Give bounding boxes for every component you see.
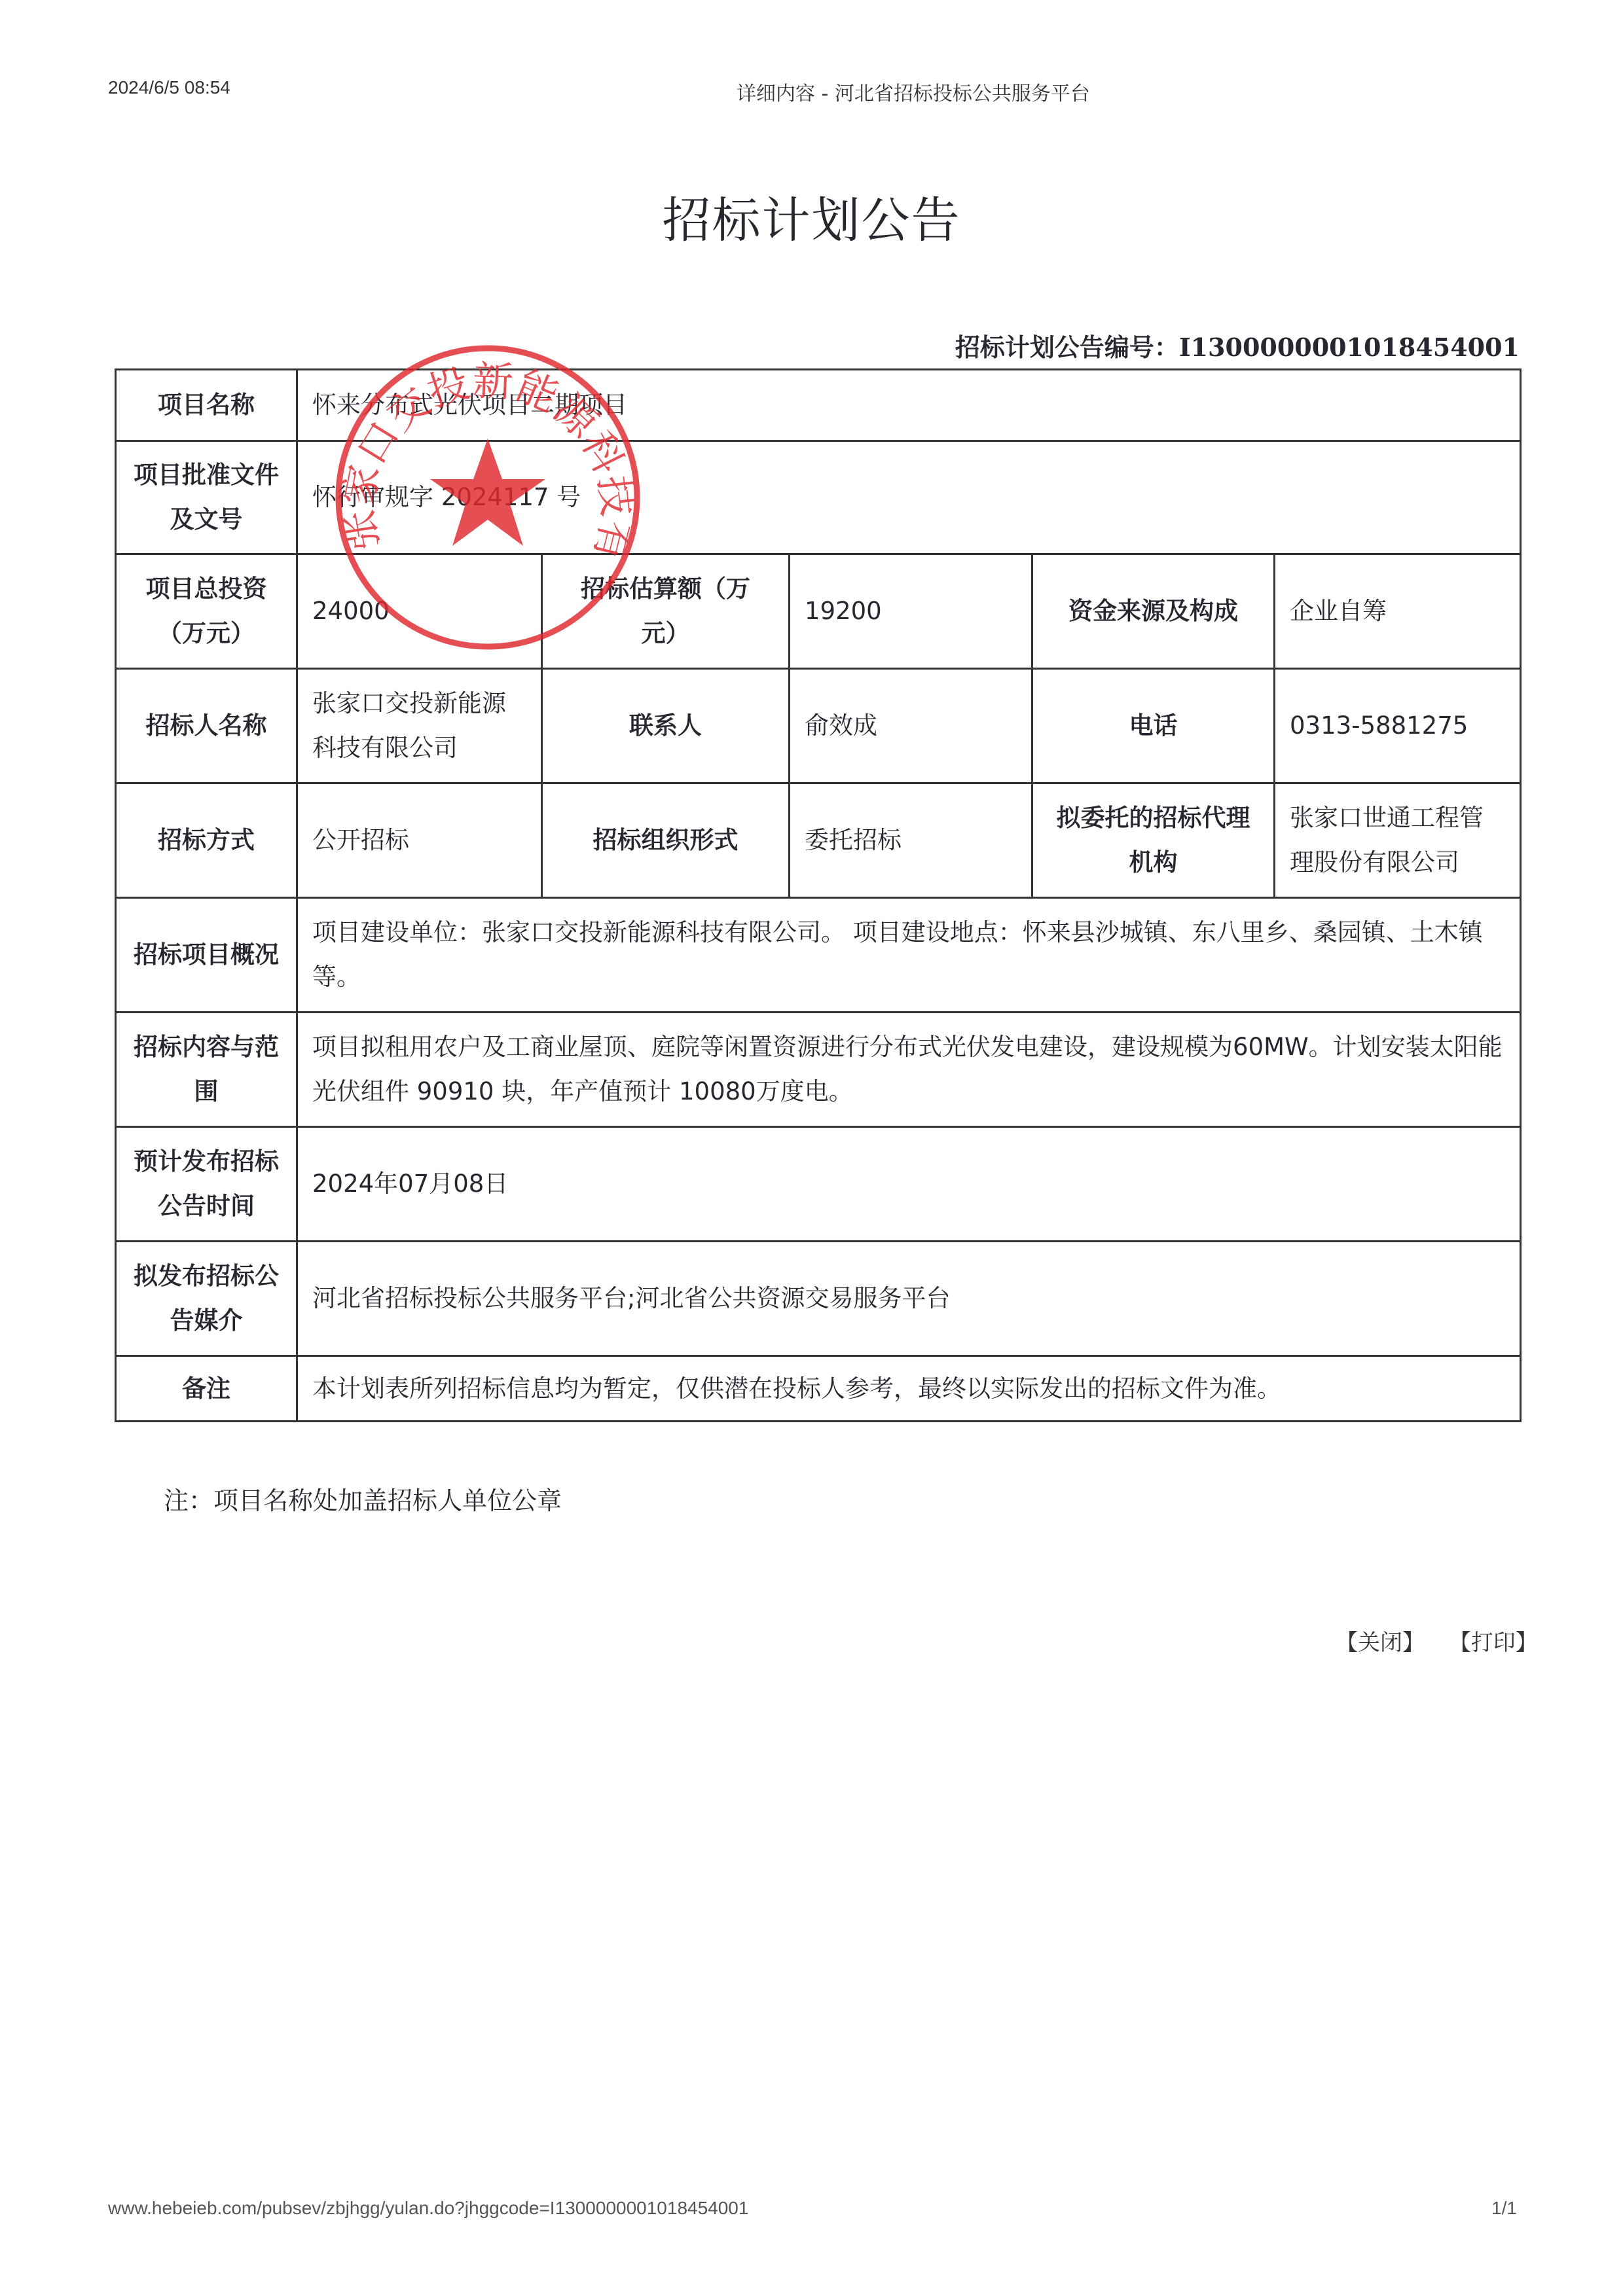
stamp-note: 注：项目名称处加盖招标人单位公章: [164, 1480, 562, 1516]
table-row: 项目总投资（万元） 24000 招标估算额（万元） 19200 资金来源及构成 …: [116, 554, 1521, 669]
phone-label: 电话: [1032, 669, 1275, 783]
scope-label: 招标内容与范围: [116, 1013, 297, 1127]
table-row: 招标方式 公开招标 招标组织形式 委托招标 拟委托的招标代理机构 张家口世通工程…: [116, 783, 1521, 898]
plan-number-value: I1300000001018454001: [1179, 332, 1520, 362]
fund-source-value: 企业自筹: [1275, 554, 1521, 669]
bid-estimate-value: 19200: [790, 554, 1032, 669]
scope-value: 项目拟租用农户及工商业屋顶、庭院等闲置资源进行分布式光伏发电建设，建设规模为60…: [297, 1013, 1521, 1127]
approval-doc-label: 项目批准文件及文号: [116, 441, 297, 554]
plan-number-label: 招标计划公告编号：: [955, 333, 1179, 362]
table-row: 预计发布招标公告时间 2024年07月08日: [116, 1127, 1521, 1242]
table-row: 项目批准文件及文号 怀行审规字 2024117 号: [116, 441, 1521, 554]
fund-source-label: 资金来源及构成: [1032, 554, 1275, 669]
total-investment-label: 项目总投资（万元）: [116, 554, 297, 669]
print-button[interactable]: 【打印】: [1449, 1630, 1538, 1656]
footer-url: www.hebeieb.com/pubsev/zbjhgg/yulan.do?j…: [108, 2198, 748, 2219]
bid-method-value: 公开招标: [297, 783, 542, 898]
browser-page-title: 详细内容 - 河北省招标投标公共服务平台: [737, 77, 1090, 106]
media-value: 河北省招标投标公共服务平台;河北省公共资源交易服务平台: [297, 1242, 1521, 1356]
table-row: 招标内容与范围 项目拟租用农户及工商业屋顶、庭院等闲置资源进行分布式光伏发电建设…: [116, 1013, 1521, 1127]
publish-time-label: 预计发布招标公告时间: [116, 1127, 297, 1242]
agency-label: 拟委托的招标代理机构: [1032, 783, 1275, 898]
table-row: 备注 本计划表所列招标信息均为暂定，仅供潜在投标人参考，最终以实际发出的招标文件…: [116, 1356, 1521, 1422]
bid-plan-table: 项目名称 怀来分布式光伏项目二期项目 项目批准文件及文号 怀行审规字 20241…: [115, 368, 1522, 1422]
bid-org-form-value: 委托招标: [790, 783, 1032, 898]
page-number: 1/1: [1491, 2198, 1517, 2219]
publish-time-value: 2024年07月08日: [297, 1127, 1521, 1242]
contact-value: 俞效成: [790, 669, 1032, 783]
total-investment-value: 24000: [297, 554, 542, 669]
table-row: 项目名称 怀来分布式光伏项目二期项目: [116, 370, 1521, 441]
overview-value: 项目建设单位：张家口交投新能源科技有限公司。 项目建设地点：怀来县沙城镇、东八里…: [297, 898, 1521, 1013]
remarks-label: 备注: [116, 1356, 297, 1422]
bid-estimate-label: 招标估算额（万元）: [542, 554, 790, 669]
tenderer-label: 招标人名称: [116, 669, 297, 783]
project-name-value: 怀来分布式光伏项目二期项目: [297, 370, 1521, 441]
remarks-value: 本计划表所列招标信息均为暂定，仅供潜在投标人参考，最终以实际发出的招标文件为准。: [297, 1356, 1521, 1422]
document-title: 招标计划公告: [0, 182, 1623, 251]
phone-value: 0313-5881275: [1275, 669, 1521, 783]
project-name-label: 项目名称: [116, 370, 297, 441]
plan-number: 招标计划公告编号：I1300000001018454001: [955, 327, 1520, 363]
overview-label: 招标项目概况: [116, 898, 297, 1013]
media-label: 拟发布招标公告媒介: [116, 1242, 297, 1356]
table-row: 招标项目概况 项目建设单位：张家口交投新能源科技有限公司。 项目建设地点：怀来县…: [116, 898, 1521, 1013]
close-button[interactable]: 【关闭】: [1336, 1630, 1425, 1656]
bid-method-label: 招标方式: [116, 783, 297, 898]
approval-doc-value: 怀行审规字 2024117 号: [297, 441, 1521, 554]
agency-value: 张家口世通工程管理股份有限公司: [1275, 783, 1521, 898]
action-links: 【关闭】 【打印】: [1336, 1624, 1555, 1657]
print-timestamp: 2024/6/5 08:54: [108, 77, 230, 98]
table-row: 拟发布招标公告媒介 河北省招标投标公共服务平台;河北省公共资源交易服务平台: [116, 1242, 1521, 1356]
bid-org-form-label: 招标组织形式: [542, 783, 790, 898]
table-row: 招标人名称 张家口交投新能源科技有限公司 联系人 俞效成 电话 0313-588…: [116, 669, 1521, 783]
tenderer-value: 张家口交投新能源科技有限公司: [297, 669, 542, 783]
contact-label: 联系人: [542, 669, 790, 783]
